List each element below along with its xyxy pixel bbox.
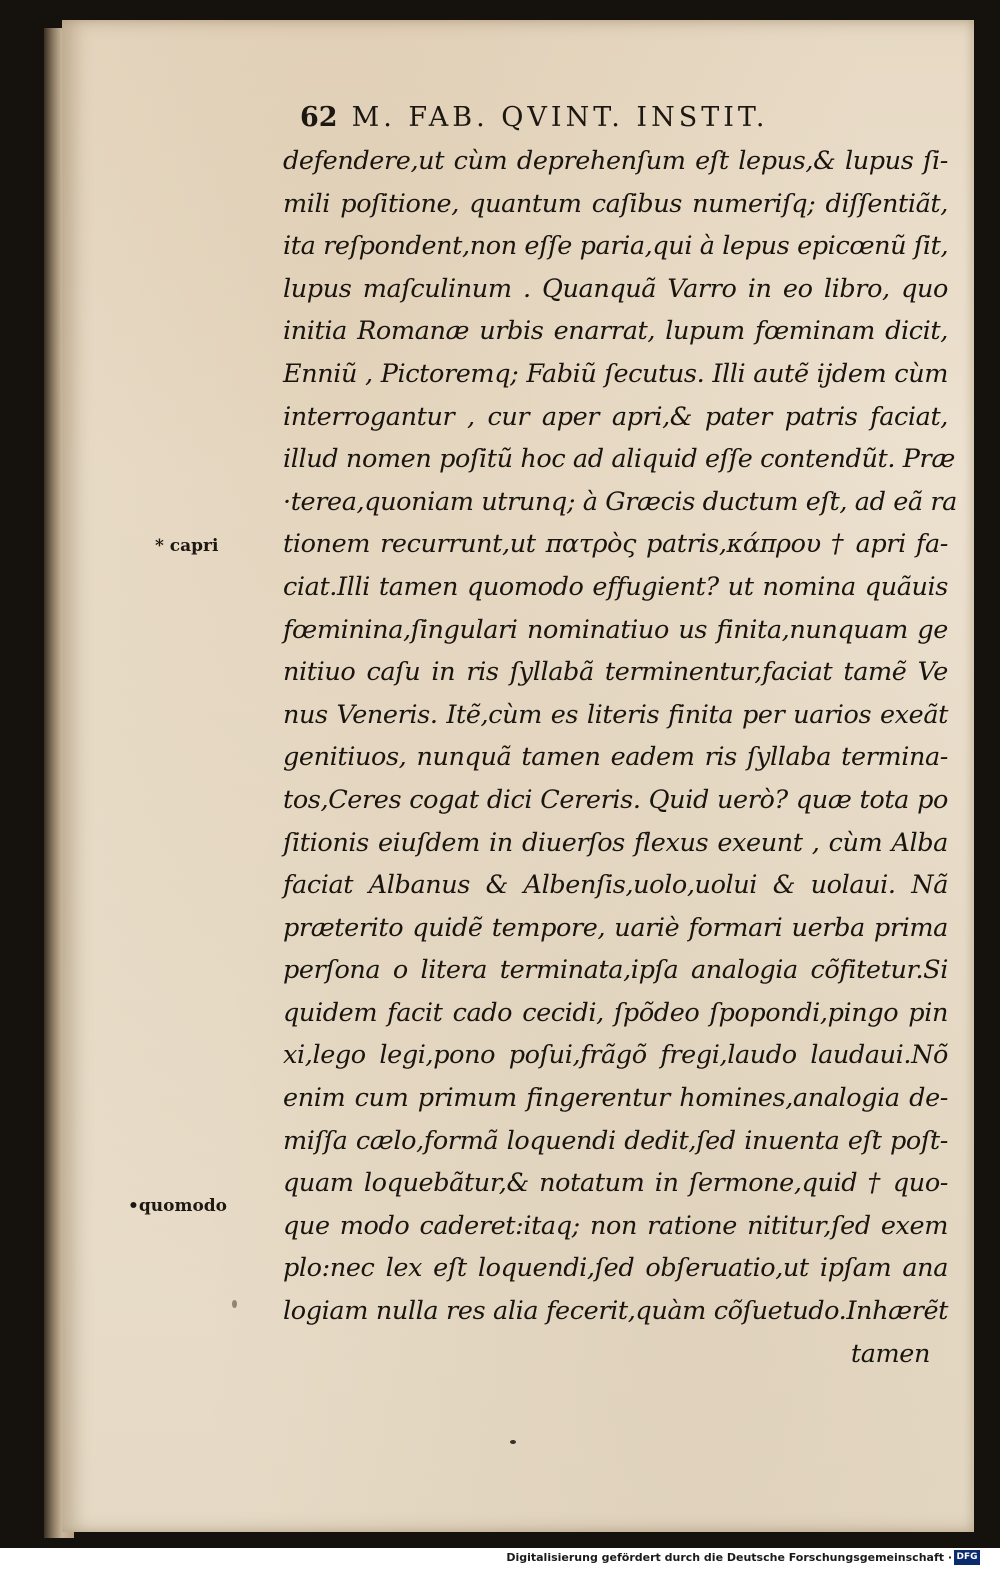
credit-text: Digitalisierung gefördert durch die Deut… <box>506 1551 952 1565</box>
text-line: logiam nulla res alia fecerit,quàm cõſue… <box>283 1290 948 1333</box>
text-line: mili poſitione, quantum caſibus numeriſq… <box>283 183 948 226</box>
text-line: illud nomen poſitũ hoc ad aliquid eſſe c… <box>283 438 948 481</box>
text-line: ſitionis eiuſdem in diuerſos flexus exeu… <box>283 822 948 865</box>
text-line: Enniũ , Pictoremq; Fabiũ ſecutus. Illi a… <box>283 353 948 396</box>
text-line: tos,Ceres cogat dici Cereris. Quid uerò?… <box>283 779 948 822</box>
text-line: enim cum primum fingerentur homines,anal… <box>283 1077 948 1120</box>
text-line: quam loquebãtur,& notatum in ſermone,qui… <box>283 1162 948 1205</box>
running-head: 62M. FAB. QVINT. INSTIT. <box>300 102 769 133</box>
text-line: defendere,ut cùm deprehenſum eſt lepus,&… <box>283 140 948 183</box>
text-line: fœminina,ſingulari nominatiuo us finita,… <box>283 609 948 652</box>
text-line: interrogantur , cur aper apri,& pater pa… <box>283 396 948 439</box>
ink-speck <box>232 1300 237 1308</box>
text-line: ·terea,quoniam utrunq; à Græcis ductum e… <box>283 481 948 524</box>
page-number: 62 <box>300 102 338 133</box>
text-line: præterito quidẽ tempore, uariè formari u… <box>283 907 948 950</box>
text-line: quidem facit cado cecidi, ſpõdeo ſpopond… <box>283 992 948 1035</box>
text-line: que modo caderet:itaq; non ratione nitit… <box>283 1205 948 1248</box>
text-line: faciat Albanus & Albenſis,uolo,uolui & u… <box>283 864 948 907</box>
text-line: nus Veneris. Itẽ,cùm es literis finita p… <box>283 694 948 737</box>
body-text: defendere,ut cùm deprehenſum eſt lepus,&… <box>283 140 948 1375</box>
marginal-note: •quomodo <box>128 1196 227 1216</box>
text-line: xi,lego legi,pono poſui,frãgõ fregi,laud… <box>283 1034 948 1077</box>
ink-speck <box>510 1440 516 1444</box>
marginal-note: * capri <box>155 536 218 556</box>
text-line: genitiuos, nunquã tamen eadem ris ſyllab… <box>283 736 948 779</box>
text-line: perſona o litera terminata,ipſa analogia… <box>283 949 948 992</box>
digitization-credit: Digitalisierung gefördert durch die Deut… <box>506 1551 952 1565</box>
catchword: tamen <box>283 1333 948 1376</box>
text-line: tionem recurrunt,ut πατρὸς patris,κάπρου… <box>283 523 948 566</box>
text-line: initia Romanæ urbis enarrat, lupum fœmin… <box>283 310 948 353</box>
text-line: miſſa cælo,formã loquendi dedit,ſed inue… <box>283 1120 948 1163</box>
text-line: ciat.Illi tamen quomodo effugient? ut no… <box>283 566 948 609</box>
text-line: nitiuo caſu in ris ſyllabã terminentur,f… <box>283 651 948 694</box>
text-line: plo:nec lex eſt loquendi,ſed obſeruatio,… <box>283 1247 948 1290</box>
running-title: M. FAB. QVINT. INSTIT. <box>352 102 769 133</box>
text-line: ita reſpondent,non eſſe paria,qui à lepu… <box>283 225 948 268</box>
text-line: lupus maſculinum . Quanquã Varro in eo l… <box>283 268 948 311</box>
dfg-logo: DFG <box>954 1550 980 1565</box>
